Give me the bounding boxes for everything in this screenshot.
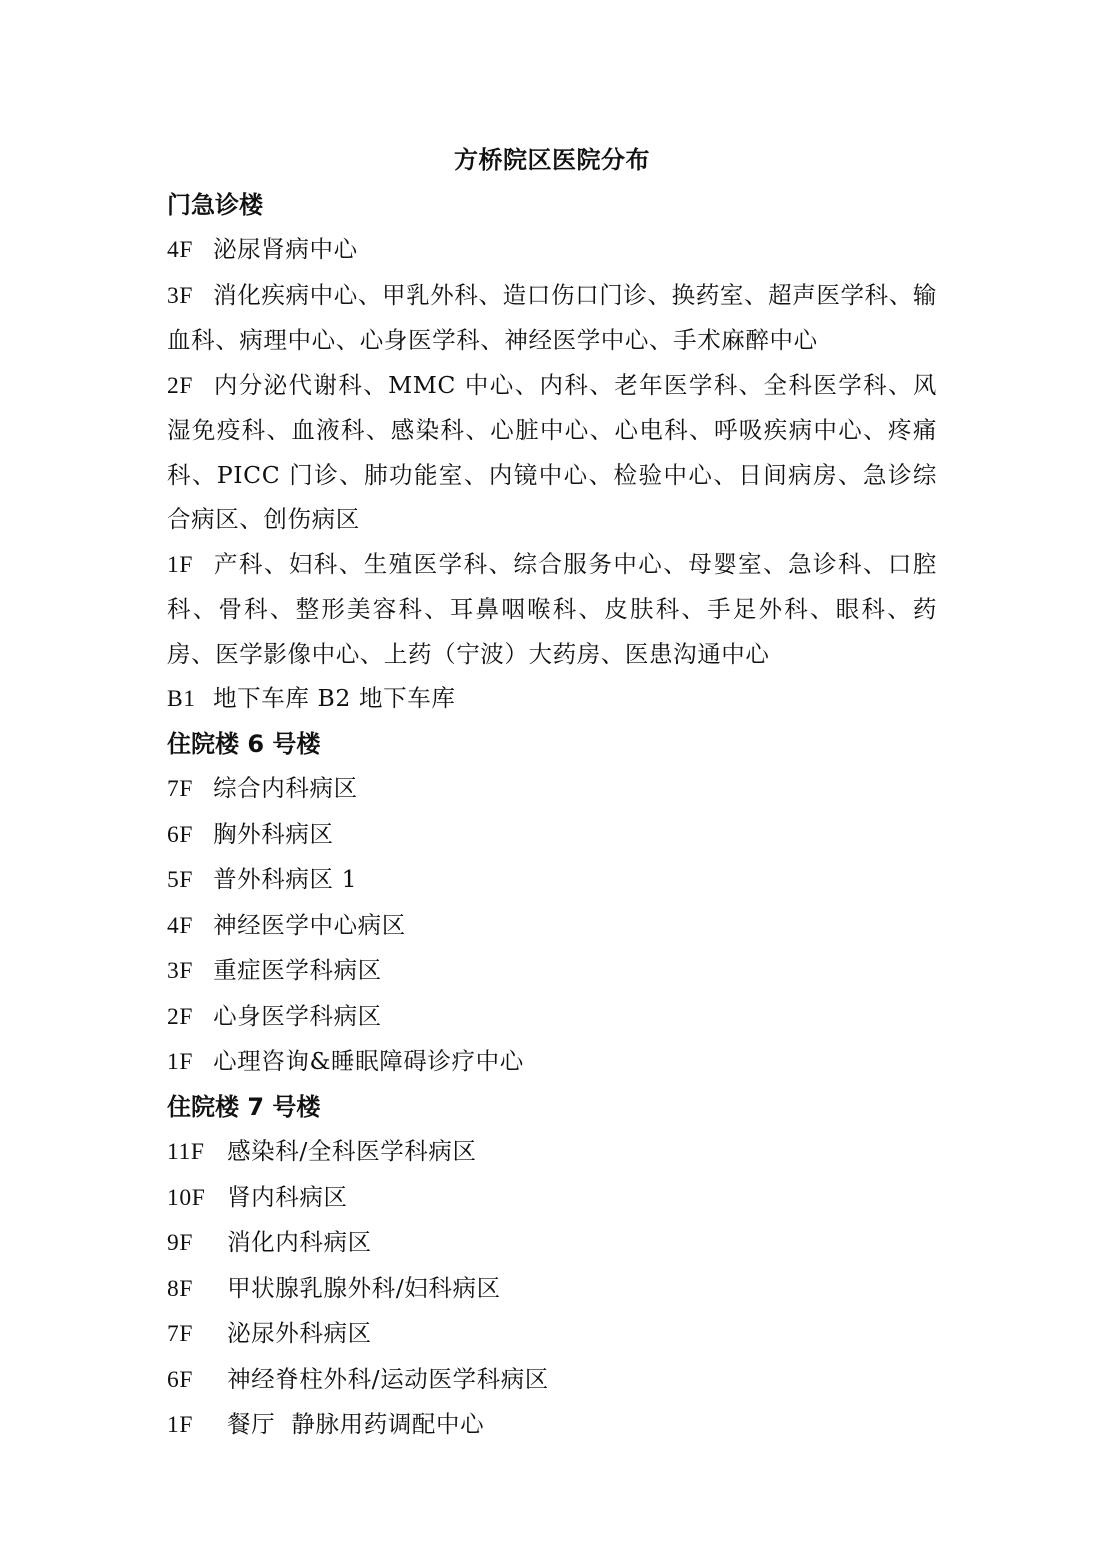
floor-entry: B1 地下车库 B2 地下车库 xyxy=(167,676,937,722)
floor-entry: 2F 内分泌代谢科、MMC 中心、内科、老年医学科、全科医学科、风湿免疫科、血液… xyxy=(167,363,937,542)
floor-departments: 产科、妇科、生殖医学科、综合服务中心、母婴室、急诊科、口腔科、骨科、整形美容科、… xyxy=(167,550,937,668)
floor-entry: 1F 心理咨询&睡眠障碍诊疗中心 xyxy=(167,1039,937,1085)
floor-label: 8F xyxy=(167,1267,219,1312)
floor-label: 10F xyxy=(167,1176,219,1221)
floor-departments: 泌尿外科病区 xyxy=(227,1319,372,1347)
floor-label: 9F xyxy=(167,1221,219,1266)
floor-entry: 5F 普外科病区 1 xyxy=(167,857,937,903)
floor-departments: 餐厅 静脉用药调配中心 xyxy=(227,1410,484,1438)
floor-departments: 胸外科病区 xyxy=(213,820,334,848)
floor-departments: 泌尿肾病中心 xyxy=(213,235,358,263)
floor-entry: 1F 餐厅 静脉用药调配中心 xyxy=(167,1402,937,1448)
floor-entry: 9F 消化内科病区 xyxy=(167,1220,937,1266)
floor-label: 1F xyxy=(167,1040,205,1085)
section-inpatient-building-7: 住院楼 7 号楼 11F 感染科/全科医学科病区 10F 肾内科病区 9F 消化… xyxy=(167,1085,937,1448)
floor-departments: 神经医学中心病区 xyxy=(213,911,406,939)
section-heading: 门急诊楼 xyxy=(167,183,937,228)
floor-departments: 心身医学科病区 xyxy=(213,1002,382,1030)
floor-label: 1F xyxy=(167,1403,219,1448)
floor-entry: 10F 肾内科病区 xyxy=(167,1175,937,1221)
floor-label: 2F xyxy=(167,364,205,409)
floor-entry: 8F 甲状腺乳腺外科/妇科病区 xyxy=(167,1266,937,1312)
floor-departments: 神经脊柱外科/运动医学科病区 xyxy=(227,1365,549,1393)
floor-label: B1 xyxy=(167,677,205,722)
floor-label: 3F xyxy=(167,949,205,994)
floor-departments: 重症医学科病区 xyxy=(213,956,382,984)
floor-entry: 6F 神经脊柱外科/运动医学科病区 xyxy=(167,1357,937,1403)
floor-departments: 综合内科病区 xyxy=(213,774,358,802)
floor-entry: 7F 综合内科病区 xyxy=(167,766,937,812)
floor-label: 5F xyxy=(167,858,205,903)
floor-departments: 地下车库 B2 地下车库 xyxy=(213,684,455,712)
floor-departments: 普外科病区 1 xyxy=(213,865,357,893)
floor-departments: 肾内科病区 xyxy=(227,1183,348,1211)
section-inpatient-building-6: 住院楼 6 号楼 7F 综合内科病区 6F 胸外科病区 5F 普外科病区 1 4… xyxy=(167,722,937,1085)
floor-departments: 甲状腺乳腺外科/妇科病区 xyxy=(227,1274,501,1302)
floor-label: 4F xyxy=(167,228,205,273)
floor-label: 3F xyxy=(167,274,205,319)
floor-label: 7F xyxy=(167,1312,219,1357)
section-outpatient-emergency-building: 门急诊楼 4F 泌尿肾病中心 3F 消化疾病中心、甲乳外科、造口伤口门诊、换药室… xyxy=(167,183,937,722)
floor-label: 1F xyxy=(167,543,205,588)
section-heading: 住院楼 6 号楼 xyxy=(167,722,937,767)
floor-departments: 感染科/全科医学科病区 xyxy=(227,1137,477,1165)
floor-entry: 2F 心身医学科病区 xyxy=(167,994,937,1040)
floor-departments: 消化内科病区 xyxy=(227,1228,372,1256)
floor-entry: 3F 重症医学科病区 xyxy=(167,948,937,994)
document-page: 方桥院区医院分布 门急诊楼 4F 泌尿肾病中心 3F 消化疾病中心、甲乳外科、造… xyxy=(167,138,937,1448)
floor-entry: 7F 泌尿外科病区 xyxy=(167,1311,937,1357)
floor-label: 6F xyxy=(167,813,205,858)
floor-entry: 3F 消化疾病中心、甲乳外科、造口伤口门诊、换药室、超声医学科、输血科、病理中心… xyxy=(167,273,937,363)
floor-label: 2F xyxy=(167,995,205,1040)
floor-departments: 消化疾病中心、甲乳外科、造口伤口门诊、换药室、超声医学科、输血科、病理中心、心身… xyxy=(167,281,937,355)
floor-label: 6F xyxy=(167,1358,219,1403)
floor-departments: 心理咨询&睡眠障碍诊疗中心 xyxy=(213,1047,524,1075)
floor-label: 11F xyxy=(167,1130,219,1175)
floor-entry: 11F 感染科/全科医学科病区 xyxy=(167,1129,937,1175)
floor-entry: 6F 胸外科病区 xyxy=(167,812,937,858)
floor-entry: 4F 神经医学中心病区 xyxy=(167,903,937,949)
floor-label: 7F xyxy=(167,767,205,812)
section-heading: 住院楼 7 号楼 xyxy=(167,1085,937,1130)
floor-departments: 内分泌代谢科、MMC 中心、内科、老年医学科、全科医学科、风湿免疫科、血液科、感… xyxy=(167,371,937,534)
floor-entry: 1F 产科、妇科、生殖医学科、综合服务中心、母婴室、急诊科、口腔科、骨科、整形美… xyxy=(167,542,937,677)
page-title: 方桥院区医院分布 xyxy=(167,138,937,183)
floor-label: 4F xyxy=(167,904,205,949)
floor-entry: 4F 泌尿肾病中心 xyxy=(167,227,937,273)
